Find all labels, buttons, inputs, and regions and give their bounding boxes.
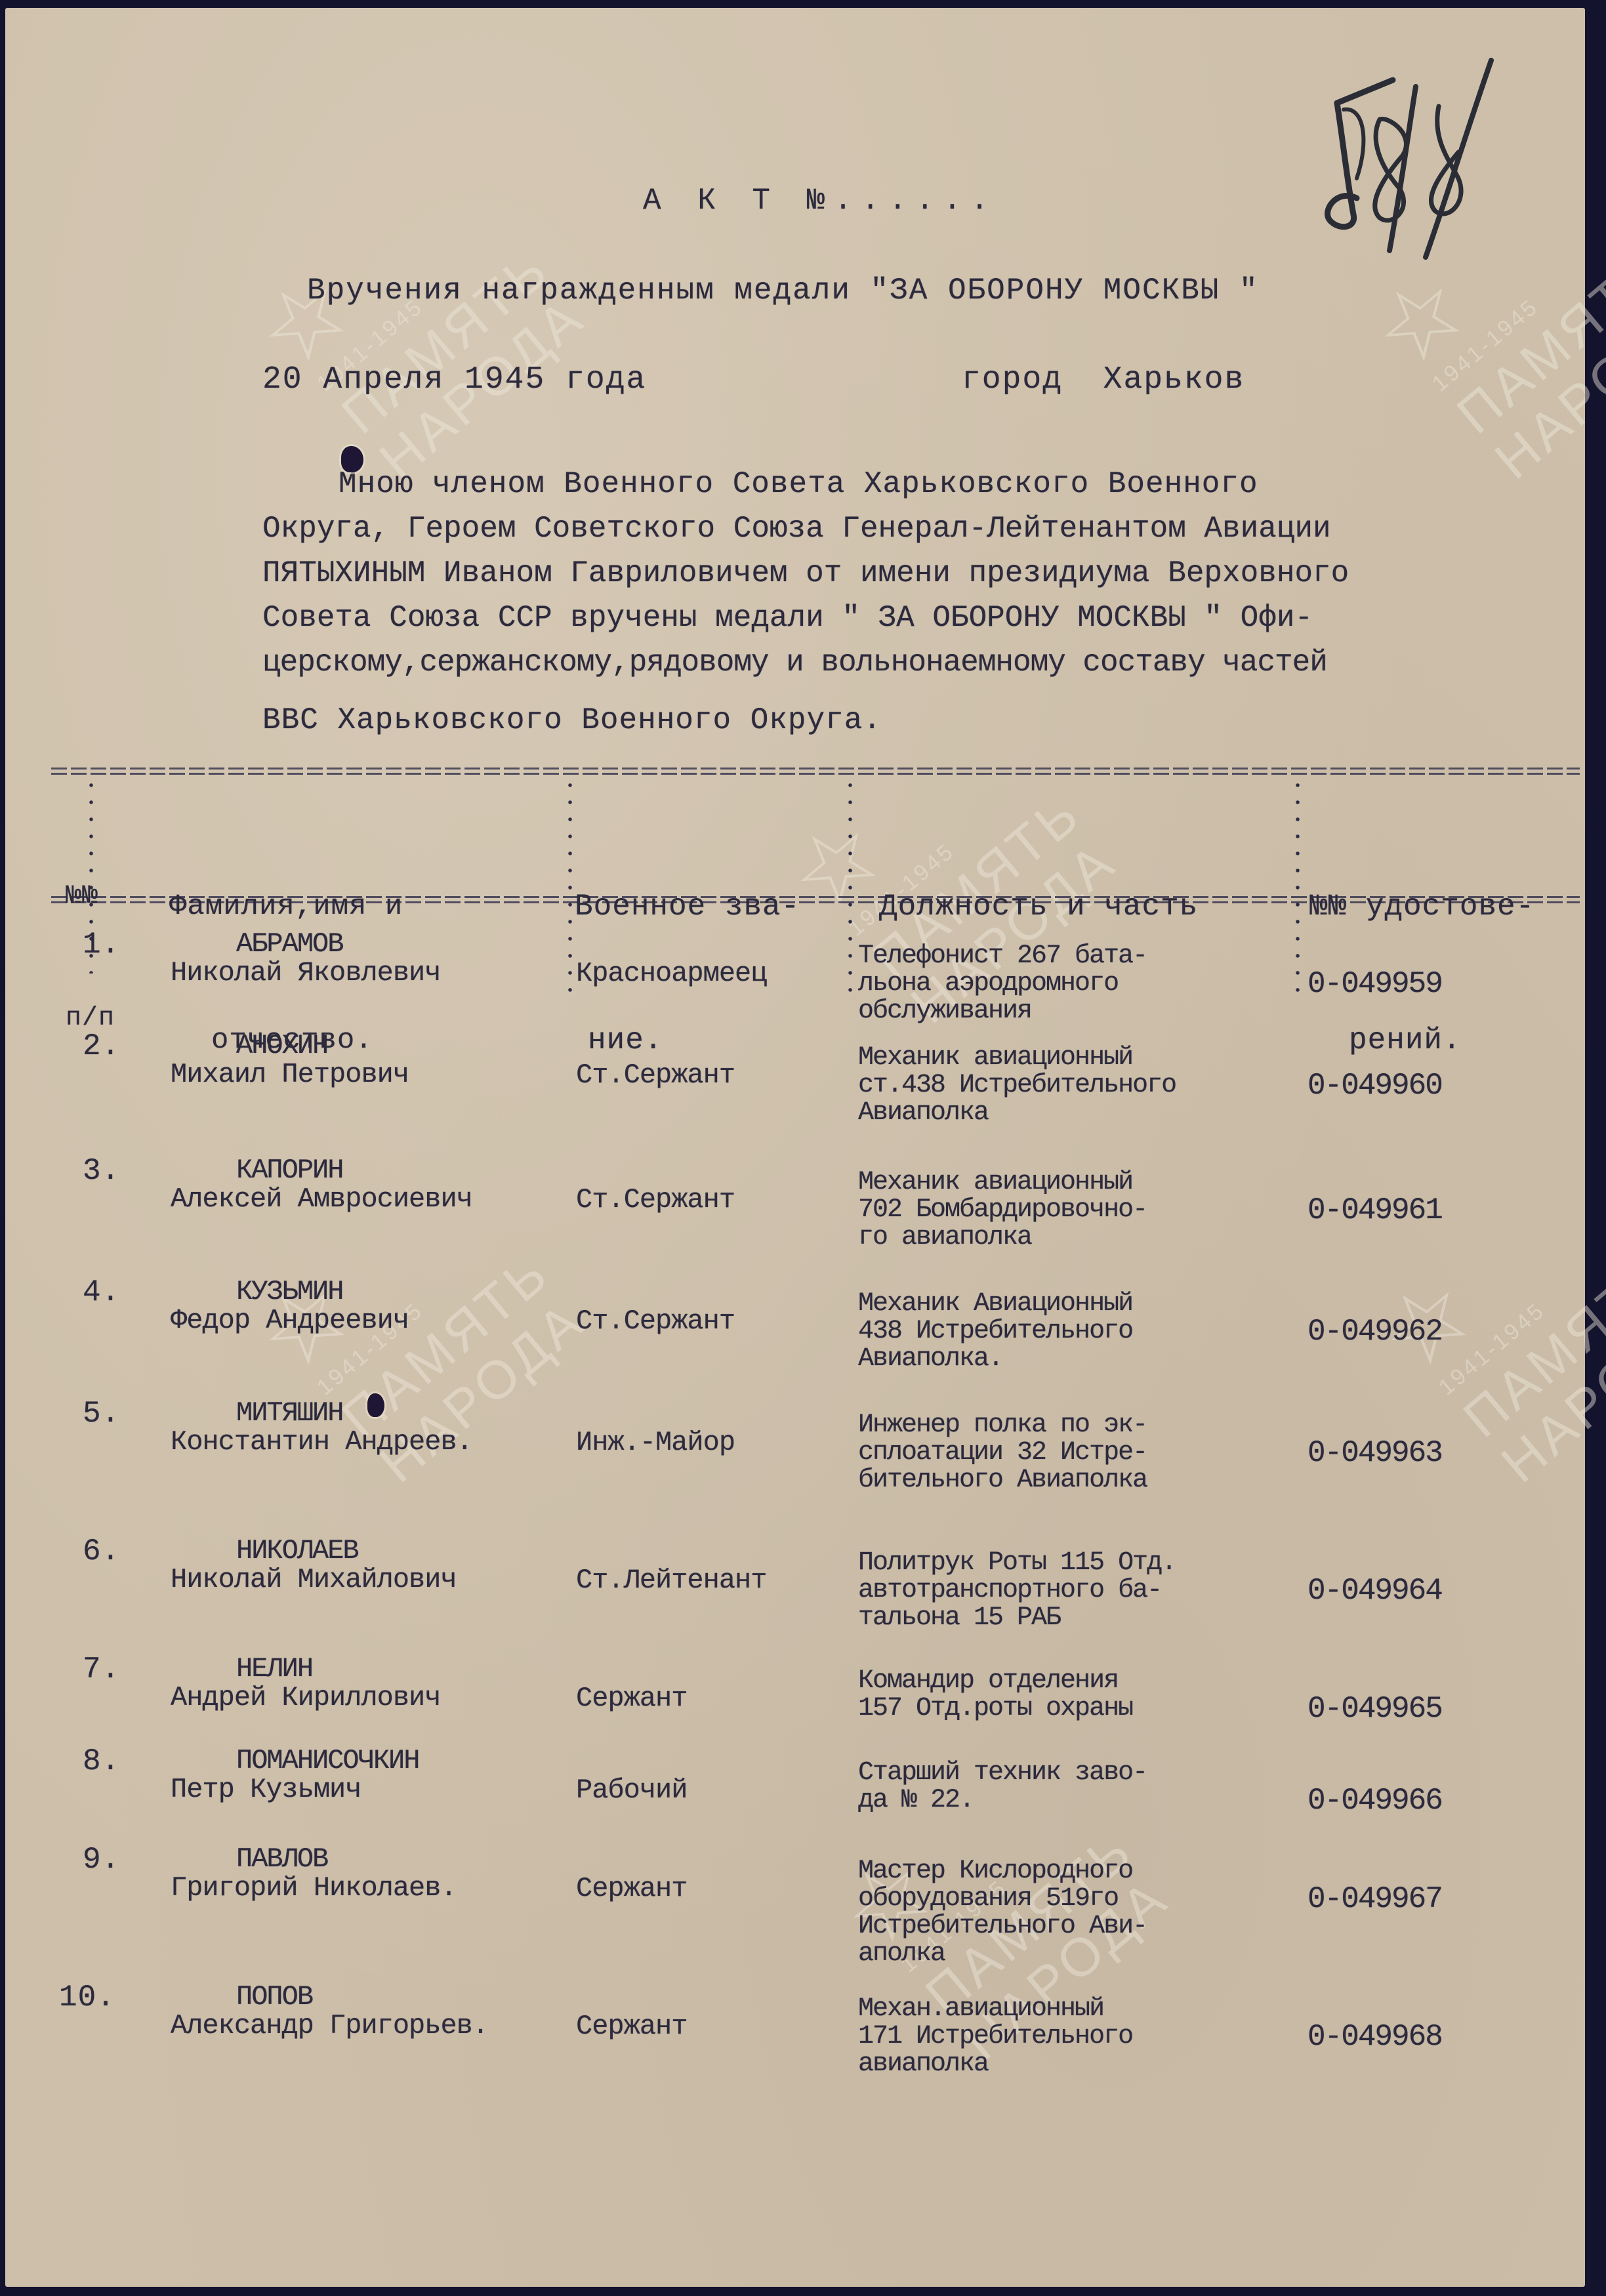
position-and-unit: Механ.авиационный171 Истребительногоавиа…: [858, 1996, 1132, 2078]
rank: Сержант: [576, 1874, 687, 1904]
body-line: Совета Союза ССР вручены медали " ЗА ОБО…: [262, 601, 1313, 635]
position-line: оборудования 519го: [858, 1885, 1147, 1913]
certificate-number: 0-049966: [1307, 1786, 1442, 1816]
given-name: Николай Яковлевич: [171, 958, 440, 987]
position-line: Старший техник заво-: [858, 1759, 1147, 1787]
given-name: Александр Григорьев.: [171, 2011, 488, 2040]
position-and-unit: Инженер полка по эк-сплоатации 32 Истре-…: [858, 1412, 1147, 1494]
row-number: 2.: [83, 1031, 120, 1061]
row-number: 7.: [83, 1654, 120, 1685]
surname: АНОХИН: [171, 1031, 409, 1060]
surname: ПАВЛОВ: [171, 1845, 457, 1874]
position-line: го авиаполка: [858, 1224, 1147, 1252]
position-and-unit: Командир отделения157 Отд.роты охраны: [858, 1668, 1132, 1723]
surname: КУЗЬМИН: [171, 1277, 409, 1306]
surname: ПОМАНИСОЧКИН: [171, 1746, 419, 1775]
rank: Инж.-Майор: [576, 1427, 735, 1458]
position-line: сплоатации 32 Истре-: [858, 1439, 1147, 1467]
certificate-number: 0-049965: [1307, 1694, 1442, 1724]
position-line: Инженер полка по эк-: [858, 1412, 1147, 1439]
row-number: 1.: [83, 930, 120, 960]
position-line: тальона 15 РАБ: [858, 1605, 1176, 1632]
certificate-number: 0-049964: [1307, 1576, 1442, 1606]
rank: Рабочий: [576, 1775, 687, 1805]
given-name: Петр Кузьмич: [171, 1775, 419, 1804]
surname: КАПОРИН: [171, 1156, 472, 1185]
document-title: А К Т №......: [643, 184, 998, 218]
position-line: 171 Истребительного: [858, 2023, 1132, 2051]
position-line: обслуживания: [858, 998, 1147, 1025]
given-name: Андрей Кириллович: [171, 1683, 440, 1712]
certificate-number: 0-049962: [1307, 1317, 1442, 1347]
certificate-number: 0-049959: [1307, 969, 1442, 999]
table-row: НИКОЛАЕВНиколай Михайлович: [171, 1536, 457, 1594]
position-line: 438 Истребительного: [858, 1318, 1132, 1345]
position-and-unit: Телефонист 267 бата-льона аэродромногооб…: [858, 943, 1147, 1025]
row-number: 6.: [83, 1536, 120, 1567]
body-line: Округа, Героем Советского Союза Генерал-…: [262, 512, 1331, 546]
star-icon: ☆: [239, 142, 504, 386]
rank: Сержант: [576, 2011, 687, 2041]
surname: НЕЛИН: [171, 1654, 440, 1683]
position-line: Механ.авиационный: [858, 1996, 1132, 2023]
rank: Ст.Сержант: [576, 1185, 735, 1215]
body-line: ВВС Харьковского Военного Округа.: [262, 703, 882, 737]
rank: Ст.Сержант: [576, 1060, 735, 1090]
position-and-unit: Политрук Роты 115 Отд.автотранспортного …: [858, 1549, 1176, 1632]
position-line: аполка: [858, 1940, 1147, 1968]
table-row: ПОПОВАлександр Григорьев.: [171, 1982, 488, 2040]
table-row: НЕЛИНАндрей Кириллович: [171, 1654, 440, 1712]
certificate-number: 0-049968: [1307, 2022, 1442, 2052]
position-line: Авиаполка: [858, 1099, 1176, 1127]
position-line: Авиаполка.: [858, 1345, 1132, 1373]
position-line: Истребительного Ави-: [858, 1913, 1147, 1940]
document-date: 20 Апреля 1945 года: [262, 362, 646, 398]
row-number: 5.: [83, 1399, 120, 1429]
surname: МИТЯШИН: [171, 1399, 472, 1427]
position-and-unit: Механик авиационный702 Бомбардировочно-г…: [858, 1169, 1147, 1252]
position-line: да № 22.: [858, 1787, 1147, 1814]
body-line: Мною членом Военного Совета Харьковского…: [339, 467, 1258, 501]
position-line: Механик авиационный: [858, 1044, 1176, 1072]
position-line: ст.438 Истребительного: [858, 1072, 1176, 1099]
given-name: Михаил Петрович: [171, 1060, 409, 1089]
certificate-number: 0-049961: [1307, 1195, 1442, 1225]
position-line: Механик Авиационный: [858, 1290, 1132, 1318]
column-divider: [568, 777, 572, 1000]
table-row: ПАВЛОВГригорий Николаев.: [171, 1845, 457, 1902]
row-number: 3.: [83, 1156, 120, 1186]
position-line: Командир отделения: [858, 1668, 1132, 1695]
table-row: ПОМАНИСОЧКИНПетр Кузьмич: [171, 1746, 419, 1804]
star-icon: ☆: [1361, 1145, 1606, 1390]
rank: Ст.Сержант: [576, 1306, 735, 1336]
rank: Ст.Лейтенант: [576, 1565, 766, 1595]
position-line: бительного Авиаполка: [858, 1467, 1147, 1494]
table-row: КУЗЬМИНФедор Андреевич: [171, 1277, 409, 1335]
row-number: 9.: [83, 1845, 120, 1875]
position-and-unit: Механик авиационныйст.438 Истребительног…: [858, 1044, 1176, 1127]
table-row: АБРАМОВНиколай Яковлевич: [171, 930, 440, 987]
table-row: МИТЯШИНКонстантин Андреев.: [171, 1399, 472, 1456]
position-and-unit: Механик Авиационный438 ИстребительногоАв…: [858, 1290, 1132, 1373]
document-place: город Харьков: [962, 362, 1245, 398]
position-line: 157 Отд.роты охраны: [858, 1695, 1132, 1723]
column-divider: [848, 777, 852, 1000]
body-line: ПЯТЫХИНЫМ Иваном Гавриловичем от имени п…: [262, 556, 1349, 590]
surname: ПОПОВ: [171, 1982, 488, 2011]
position-line: льона аэродромного: [858, 970, 1147, 998]
given-name: Федор Андреевич: [171, 1306, 409, 1335]
table-row: АНОХИНМихаил Петрович: [171, 1031, 409, 1089]
given-name: Константин Андреев.: [171, 1427, 472, 1456]
rank: Сержант: [576, 1683, 687, 1713]
row-number: 4.: [83, 1277, 120, 1307]
given-name: Алексей Амвросиевич: [171, 1185, 472, 1214]
certificate-number: 0-049963: [1307, 1438, 1442, 1468]
position-and-unit: Мастер Кислородногооборудования 519гоИст…: [858, 1858, 1147, 1968]
position-line: Мастер Кислородного: [858, 1858, 1147, 1885]
given-name: Григорий Николаев.: [171, 1874, 457, 1902]
position-line: Механик авиационный: [858, 1169, 1147, 1197]
surname: АБРАМОВ: [171, 930, 440, 958]
handwriting-588-icon: [1317, 47, 1514, 264]
position-line: 702 Бомбардировочно-: [858, 1197, 1147, 1224]
position-line: Политрук Роты 115 Отд.: [858, 1549, 1176, 1577]
given-name: Николай Михайлович: [171, 1565, 457, 1594]
watermark: ☆ 1941-1945 ПАМЯТЬ НАРОДА: [249, 142, 598, 491]
table-row: КАПОРИНАлексей Амвросиевич: [171, 1156, 472, 1214]
punch-hole: [341, 446, 363, 472]
handwritten-number: [1317, 47, 1514, 267]
certificate-number: 0-049960: [1307, 1071, 1442, 1101]
position-line: автотранспортного ба-: [858, 1577, 1176, 1605]
row-number: 8.: [83, 1746, 120, 1776]
row-number: 10.: [59, 1982, 115, 2013]
body-line: церскому,сержанскому,рядовому и вольнона…: [262, 646, 1327, 680]
position-line: авиаполка: [858, 2051, 1132, 2078]
certificate-number: 0-049967: [1307, 1884, 1442, 1914]
document-subtitle: Вручения награжденным медали "ЗА ОБОРОНУ…: [307, 274, 1259, 308]
column-divider: [1296, 777, 1300, 1000]
position-and-unit: Старший техник заво-да № 22.: [858, 1759, 1147, 1814]
table-top-rule: [51, 768, 1580, 775]
rank: Красноармеец: [576, 958, 766, 989]
surname: НИКОЛАЕВ: [171, 1536, 457, 1565]
position-line: Телефонист 267 бата-: [858, 943, 1147, 970]
document-page: ☆ 1941-1945 ПАМЯТЬ НАРОДА ☆ 1941-1945 ПА…: [5, 8, 1585, 2287]
